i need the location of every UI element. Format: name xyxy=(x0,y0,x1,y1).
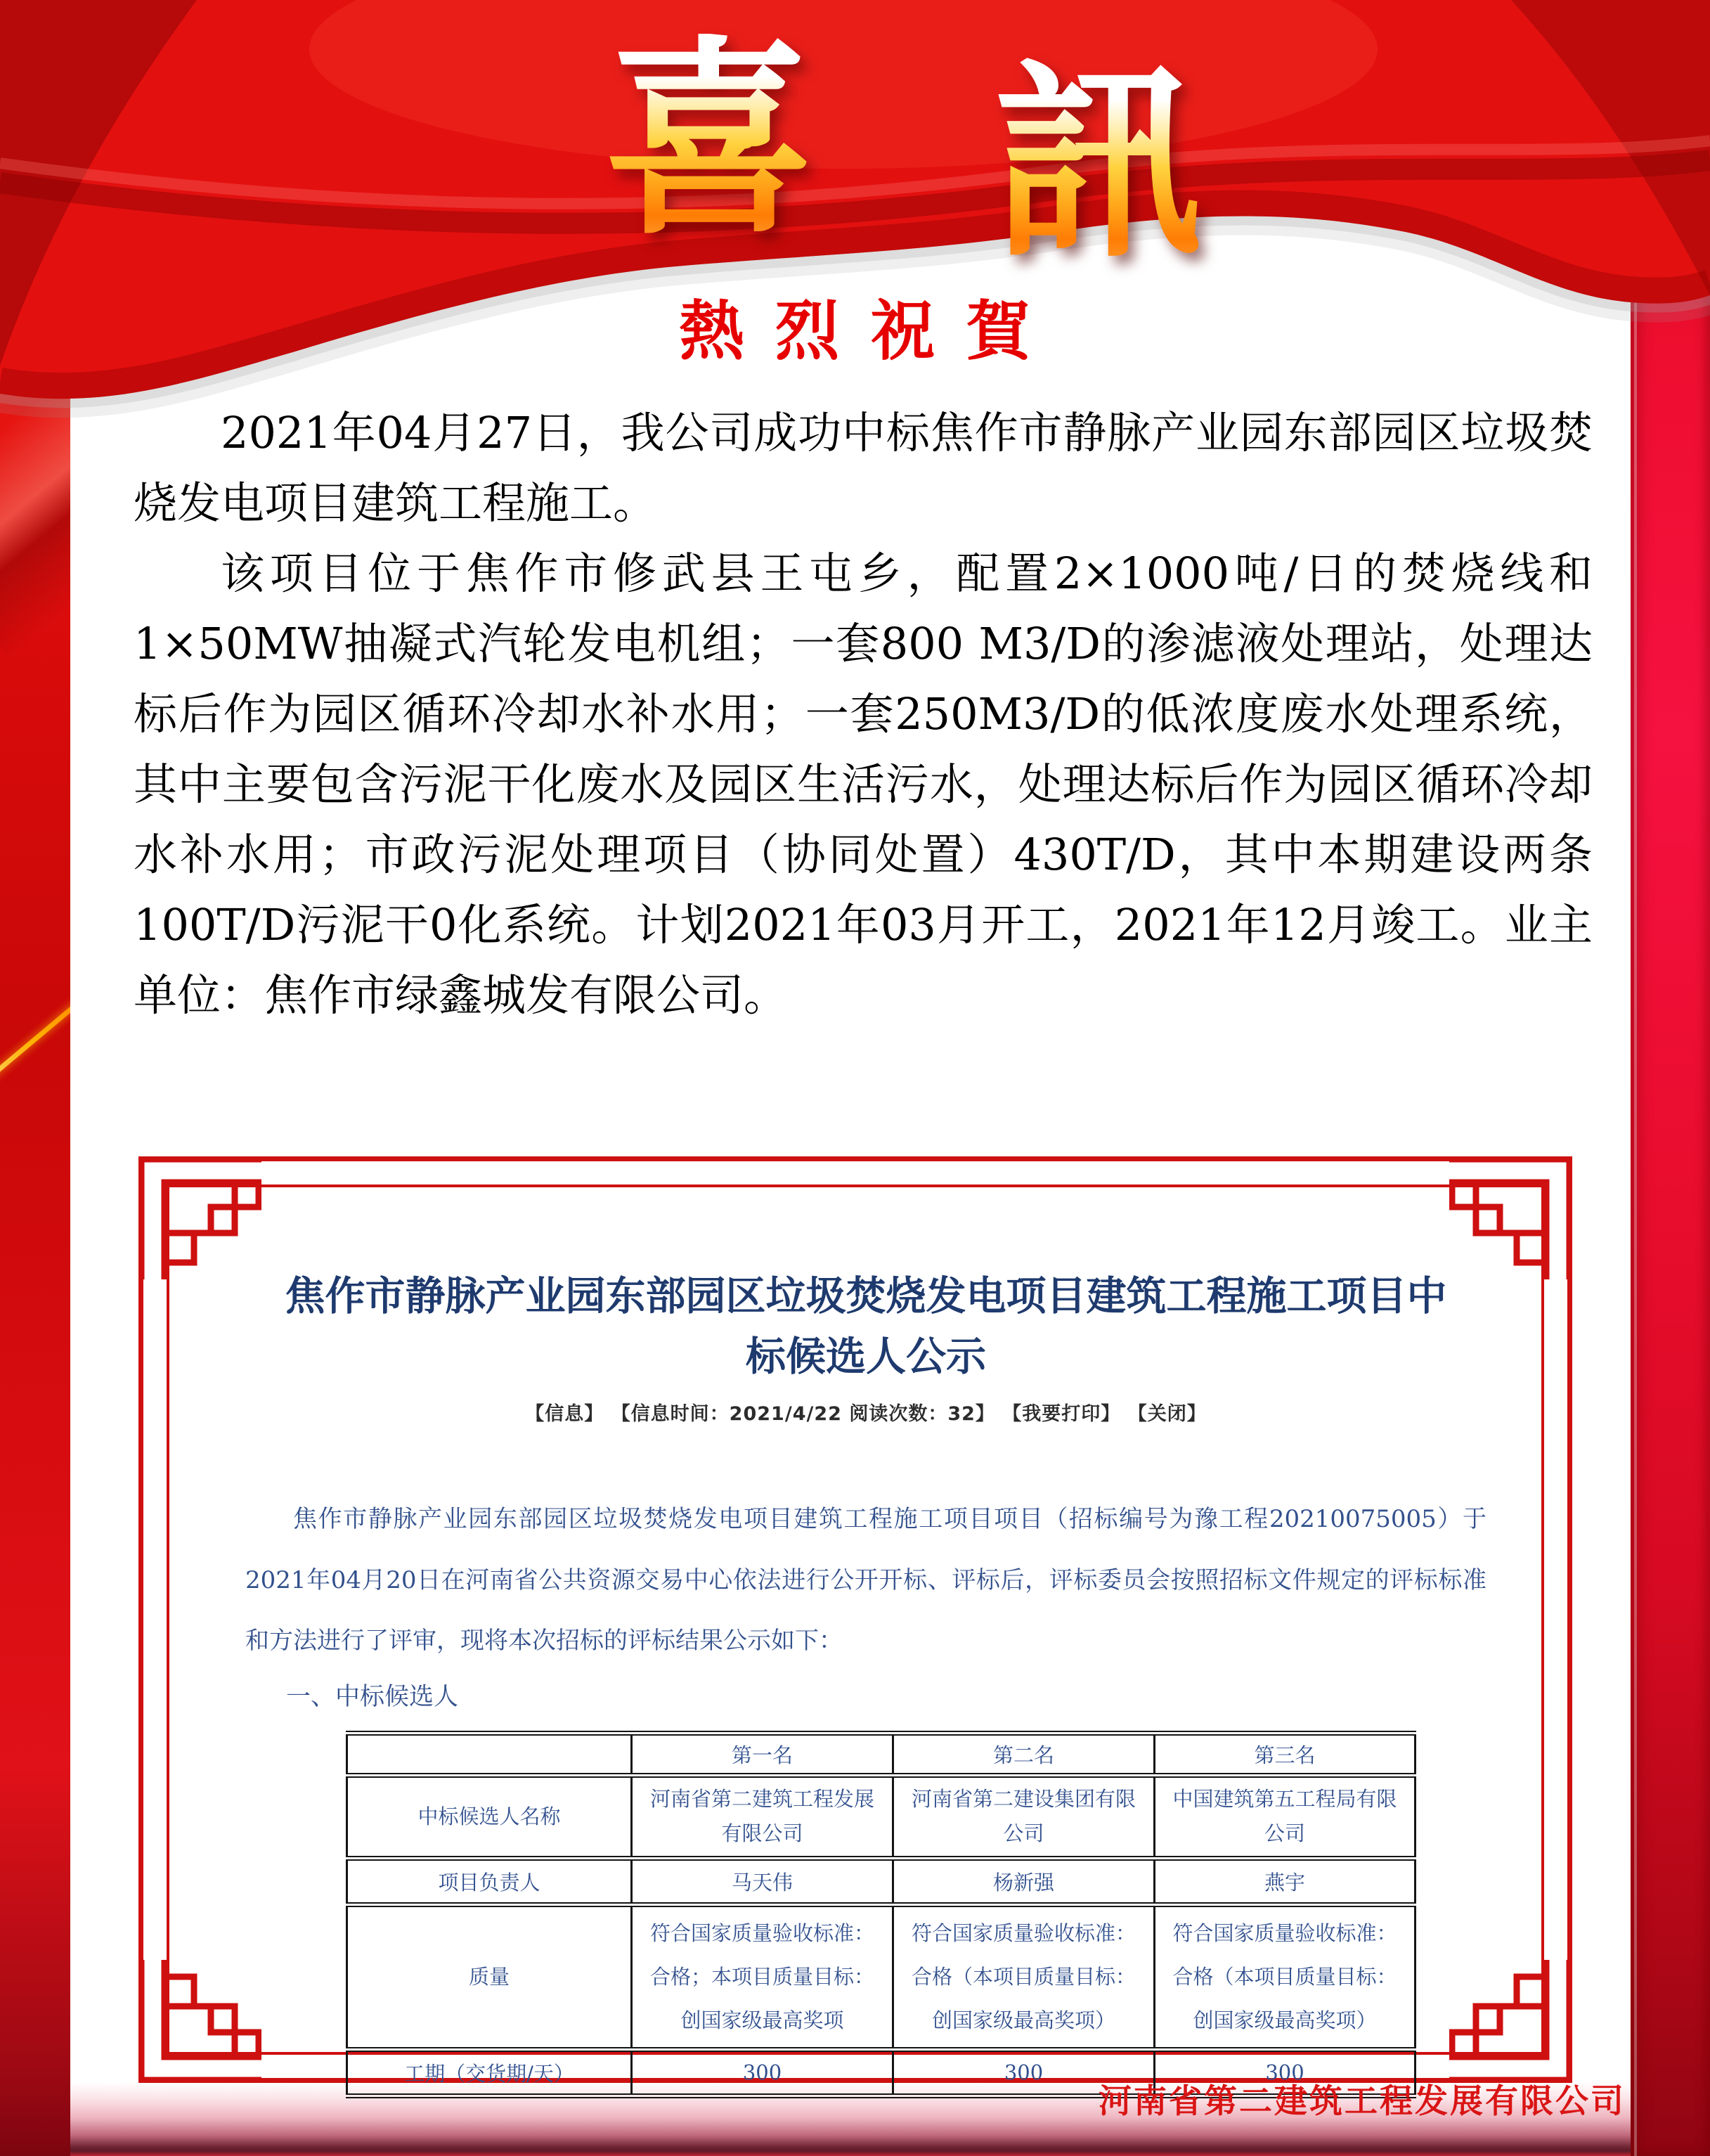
poster-page: 喜 訊 熱烈祝賀 2021年04月27日，我公司成功中标焦作市静脉产业园东部园区… xyxy=(0,0,1710,2156)
banner-char-xun: 訊 xyxy=(994,58,1205,269)
announcement-intro: 焦作市静脉产业园东部园区垃圾焚烧发电项目建筑工程施工项目项目（招标编号为豫工程2… xyxy=(245,1489,1486,1672)
announcement-content: 焦作市静脉产业园东部园区垃圾焚烧发电项目建筑工程施工项目中标候选人公示 【信息】… xyxy=(143,1161,1567,2098)
table-header-row: 第一名 第二名 第三名 xyxy=(347,1734,1416,1776)
announcement-title: 焦作市静脉产业园东部园区垃圾焚烧发电项目建筑工程施工项目中标候选人公示 xyxy=(245,1267,1486,1387)
table-header-second: 第二名 xyxy=(893,1734,1155,1776)
cell-value: 中国建筑第五工程局有限公司 xyxy=(1155,1776,1416,1859)
meta-info-time: 【信息时间：2021/4/22 阅读次数：32】 xyxy=(611,1403,995,1425)
table-row-candidate-name: 中标候选人名称 河南省第二建筑工程发展有限公司 河南省第二建设集团有限公司 中国… xyxy=(347,1776,1416,1859)
banner-char-xi: 喜 xyxy=(604,34,815,245)
table-header-first: 第一名 xyxy=(632,1734,893,1776)
meta-info-label: 【信息】 xyxy=(525,1403,604,1425)
row-label: 中标候选人名称 xyxy=(347,1776,632,1859)
body-paragraph: 该项目位于焦作市修武县王屯乡，配置2×1000吨/日的焚烧线和1×50MW抽凝式… xyxy=(134,538,1593,1031)
candidates-table: 第一名 第二名 第三名 中标候选人名称 河南省第二建筑工程发展有限公司 河南省第… xyxy=(346,1731,1416,2098)
table-header-third: 第三名 xyxy=(1155,1734,1416,1776)
cell-value: 河南省第二建筑工程发展有限公司 xyxy=(632,1776,893,1859)
announcement-frame: 焦作市静脉产业园东部园区垃圾焚烧发电项目建筑工程施工项目中标候选人公示 【信息】… xyxy=(138,1156,1572,2083)
table-header-empty xyxy=(347,1734,632,1776)
gold-ribbon-line xyxy=(0,964,70,1104)
row-label: 质量 xyxy=(347,1904,632,2049)
row-label: 工期（交货期/天） xyxy=(347,2049,632,2096)
cell-value: 符合国家质量验收标准：合格（本项目质量目标：创国家级最高奖项） xyxy=(893,1904,1155,2049)
row-label: 项目负责人 xyxy=(347,1858,632,1904)
cell-value: 300 xyxy=(632,2049,893,2096)
table-row-project-manager: 项目负责人 马天伟 杨新强 燕宇 xyxy=(347,1858,1416,1904)
cell-value: 马天伟 xyxy=(632,1858,893,1904)
cell-value: 符合国家质量验收标准：合格（本项目质量目标：创国家级最高奖项） xyxy=(1155,1904,1416,2049)
cell-value: 河南省第二建设集团有限公司 xyxy=(893,1776,1155,1859)
announcement-meta: 【信息】 【信息时间：2021/4/22 阅读次数：32】 【我要打印】 【关闭… xyxy=(245,1398,1486,1426)
print-link[interactable]: 【我要打印】 xyxy=(1002,1403,1120,1425)
cell-value: 燕宇 xyxy=(1155,1858,1416,1904)
section-heading: 一、中标候选人 xyxy=(286,1677,1486,1712)
body-text: 2021年04月27日，我公司成功中标焦作市静脉产业园东部园区垃圾焚烧发电项目建… xyxy=(134,398,1593,1031)
table-row-quality: 质量 符合国家质量验收标准：合格；本项目质量目标：创国家级最高奖项 符合国家质量… xyxy=(347,1904,1416,2049)
close-link[interactable]: 【关闭】 xyxy=(1128,1403,1207,1425)
cell-value: 符合国家质量验收标准：合格；本项目质量目标：创国家级最高奖项 xyxy=(632,1904,893,2049)
footer-company-name: 河南省第二建筑工程发展有限公司 xyxy=(1099,2075,1626,2122)
banner-title: 喜 訊 xyxy=(49,34,1710,245)
cell-value: 杨新强 xyxy=(893,1858,1155,1904)
